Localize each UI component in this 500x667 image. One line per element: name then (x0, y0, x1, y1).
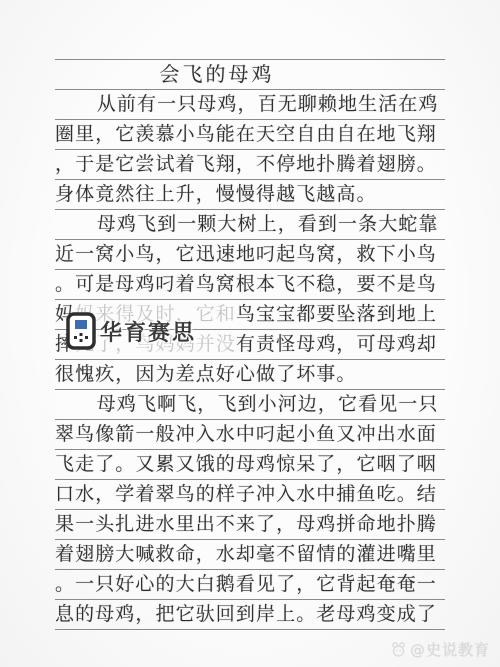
text-segment: 口水，学着翠鸟的样子冲入水中捕鱼吃。结 (55, 483, 437, 505)
essay-line: ，于是它尝试着飞翔，不停地扑腾着翅膀。 (55, 150, 445, 180)
text-segment: 息的母鸡，把它驮回到岸上。老母鸡变成了 (55, 603, 437, 625)
essay-title: 会飞的母鸡 (160, 62, 275, 86)
text-segment: 妈 (55, 303, 75, 325)
essay-line: 母鸡飞到一颗大树上，看到一条大蛇靠 (55, 210, 445, 240)
essay-sheet: 会飞的母鸡 从前有一只母鸡，百无聊赖地生活在鸡圈里，它羡慕小鸟能在天空自由自在地… (55, 30, 445, 630)
essay-line: 飞走了。又累又饿的母鸡惊呆了，它咽了咽 (55, 450, 445, 480)
ruled-line-empty (55, 30, 445, 60)
text-segment: ，于是它尝试着飞翔，不停地扑腾着翅膀。 (55, 153, 437, 175)
essay-line: 息的母鸡，把它驮回到岸上。老母鸡变成了 (55, 600, 445, 630)
text-segment: 果一头扎进水里出不来了，母鸡拼命地扑腾 (55, 513, 437, 535)
text-segment: 翠鸟像箭一般冲入水中叼起小鱼又冲出水面 (55, 423, 437, 445)
text-segment: 着翅膀大喊救命，水却毫不留情的灌进嘴里 (55, 543, 437, 565)
mascot-face-icon (390, 641, 407, 658)
text-segment: 身体竟然往上升，慢慢得越飞越高。 (55, 183, 377, 205)
text-segment: 鸟宝宝都要坠落到地上 (236, 303, 437, 325)
essay-line: 从前有一只母鸡，百无聊赖地生活在鸡 (55, 90, 445, 120)
handwritten-essay-photo: 会飞的母鸡 从前有一只母鸡，百无聊赖地生活在鸡圈里，它羡慕小鸟能在天空自由自在地… (0, 0, 500, 667)
text-segment: 。可是母鸡叼着鸟窝根本飞不稳，要不是鸟 (55, 273, 437, 295)
text-segment: 圈里，它羡慕小鸟能在天空自由自在地飞翔 (55, 123, 437, 145)
essay-line: 口水，学着翠鸟的样子冲入水中捕鱼吃。结 (55, 480, 445, 510)
text-segment: 有责怪母鸡，可母鸡却 (236, 333, 437, 355)
text-segment: 从前有一只母鸡，百无聊赖地生活在鸡 (97, 93, 439, 115)
essay-title-row: 会飞的母鸡 (55, 60, 445, 90)
essay-line: 。一只好心的大白鹅看见了，它背起奄奄一 (55, 570, 445, 600)
corner-watermark-text: @史说教育 (410, 639, 490, 660)
essay-line: 妈妈来得及时，它和鸟宝宝都要坠落到地上 (55, 300, 445, 330)
faded-text-segment: 死了，鸟妈妈并没 (75, 333, 236, 355)
essay-line: 。可是母鸡叼着鸟窝根本飞不稳，要不是鸟 (55, 270, 445, 300)
text-segment: 母鸡飞到一颗大树上，看到一条大蛇靠 (97, 213, 439, 235)
essay-line: 摔死了，鸟妈妈并没有责怪母鸡，可母鸡却 (55, 330, 445, 360)
text-segment: 近一窝小鸟，它迅速地叼起鸟窝，救下小鸟 (55, 243, 437, 265)
essay-line: 母鸡飞啊飞，飞到小河边，它看见一只 (55, 390, 445, 420)
essay-body: 从前有一只母鸡，百无聊赖地生活在鸡圈里，它羡慕小鸟能在天空自由自在地飞翔，于是它… (55, 90, 445, 630)
essay-line: 近一窝小鸟，它迅速地叼起鸟窝，救下小鸟 (55, 240, 445, 270)
text-segment: 。一只好心的大白鹅看见了，它背起奄奄一 (55, 573, 437, 595)
essay-line: 圈里，它羡慕小鸟能在天空自由自在地飞翔 (55, 120, 445, 150)
text-segment: 摔 (55, 333, 75, 355)
essay-line: 身体竟然往上升，慢慢得越飞越高。 (55, 180, 445, 210)
corner-watermark: @史说教育 (390, 639, 490, 660)
text-segment: 母鸡飞啊飞，飞到小河边，它看见一只 (97, 393, 439, 415)
essay-line: 着翅膀大喊救命，水却毫不留情的灌进嘴里 (55, 540, 445, 570)
essay-line: 很愧疚，因为差点好心做了坏事。 (55, 360, 445, 390)
essay-line: 果一头扎进水里出不来了，母鸡拼命地扑腾 (55, 510, 445, 540)
faded-text-segment: 妈来得及时，它和 (75, 303, 236, 325)
essay-line: 翠鸟像箭一般冲入水中叼起小鱼又冲出水面 (55, 420, 445, 450)
text-segment: 飞走了。又累又饿的母鸡惊呆了，它咽了咽 (55, 453, 437, 475)
text-segment: 很愧疚，因为差点好心做了坏事。 (55, 363, 357, 385)
